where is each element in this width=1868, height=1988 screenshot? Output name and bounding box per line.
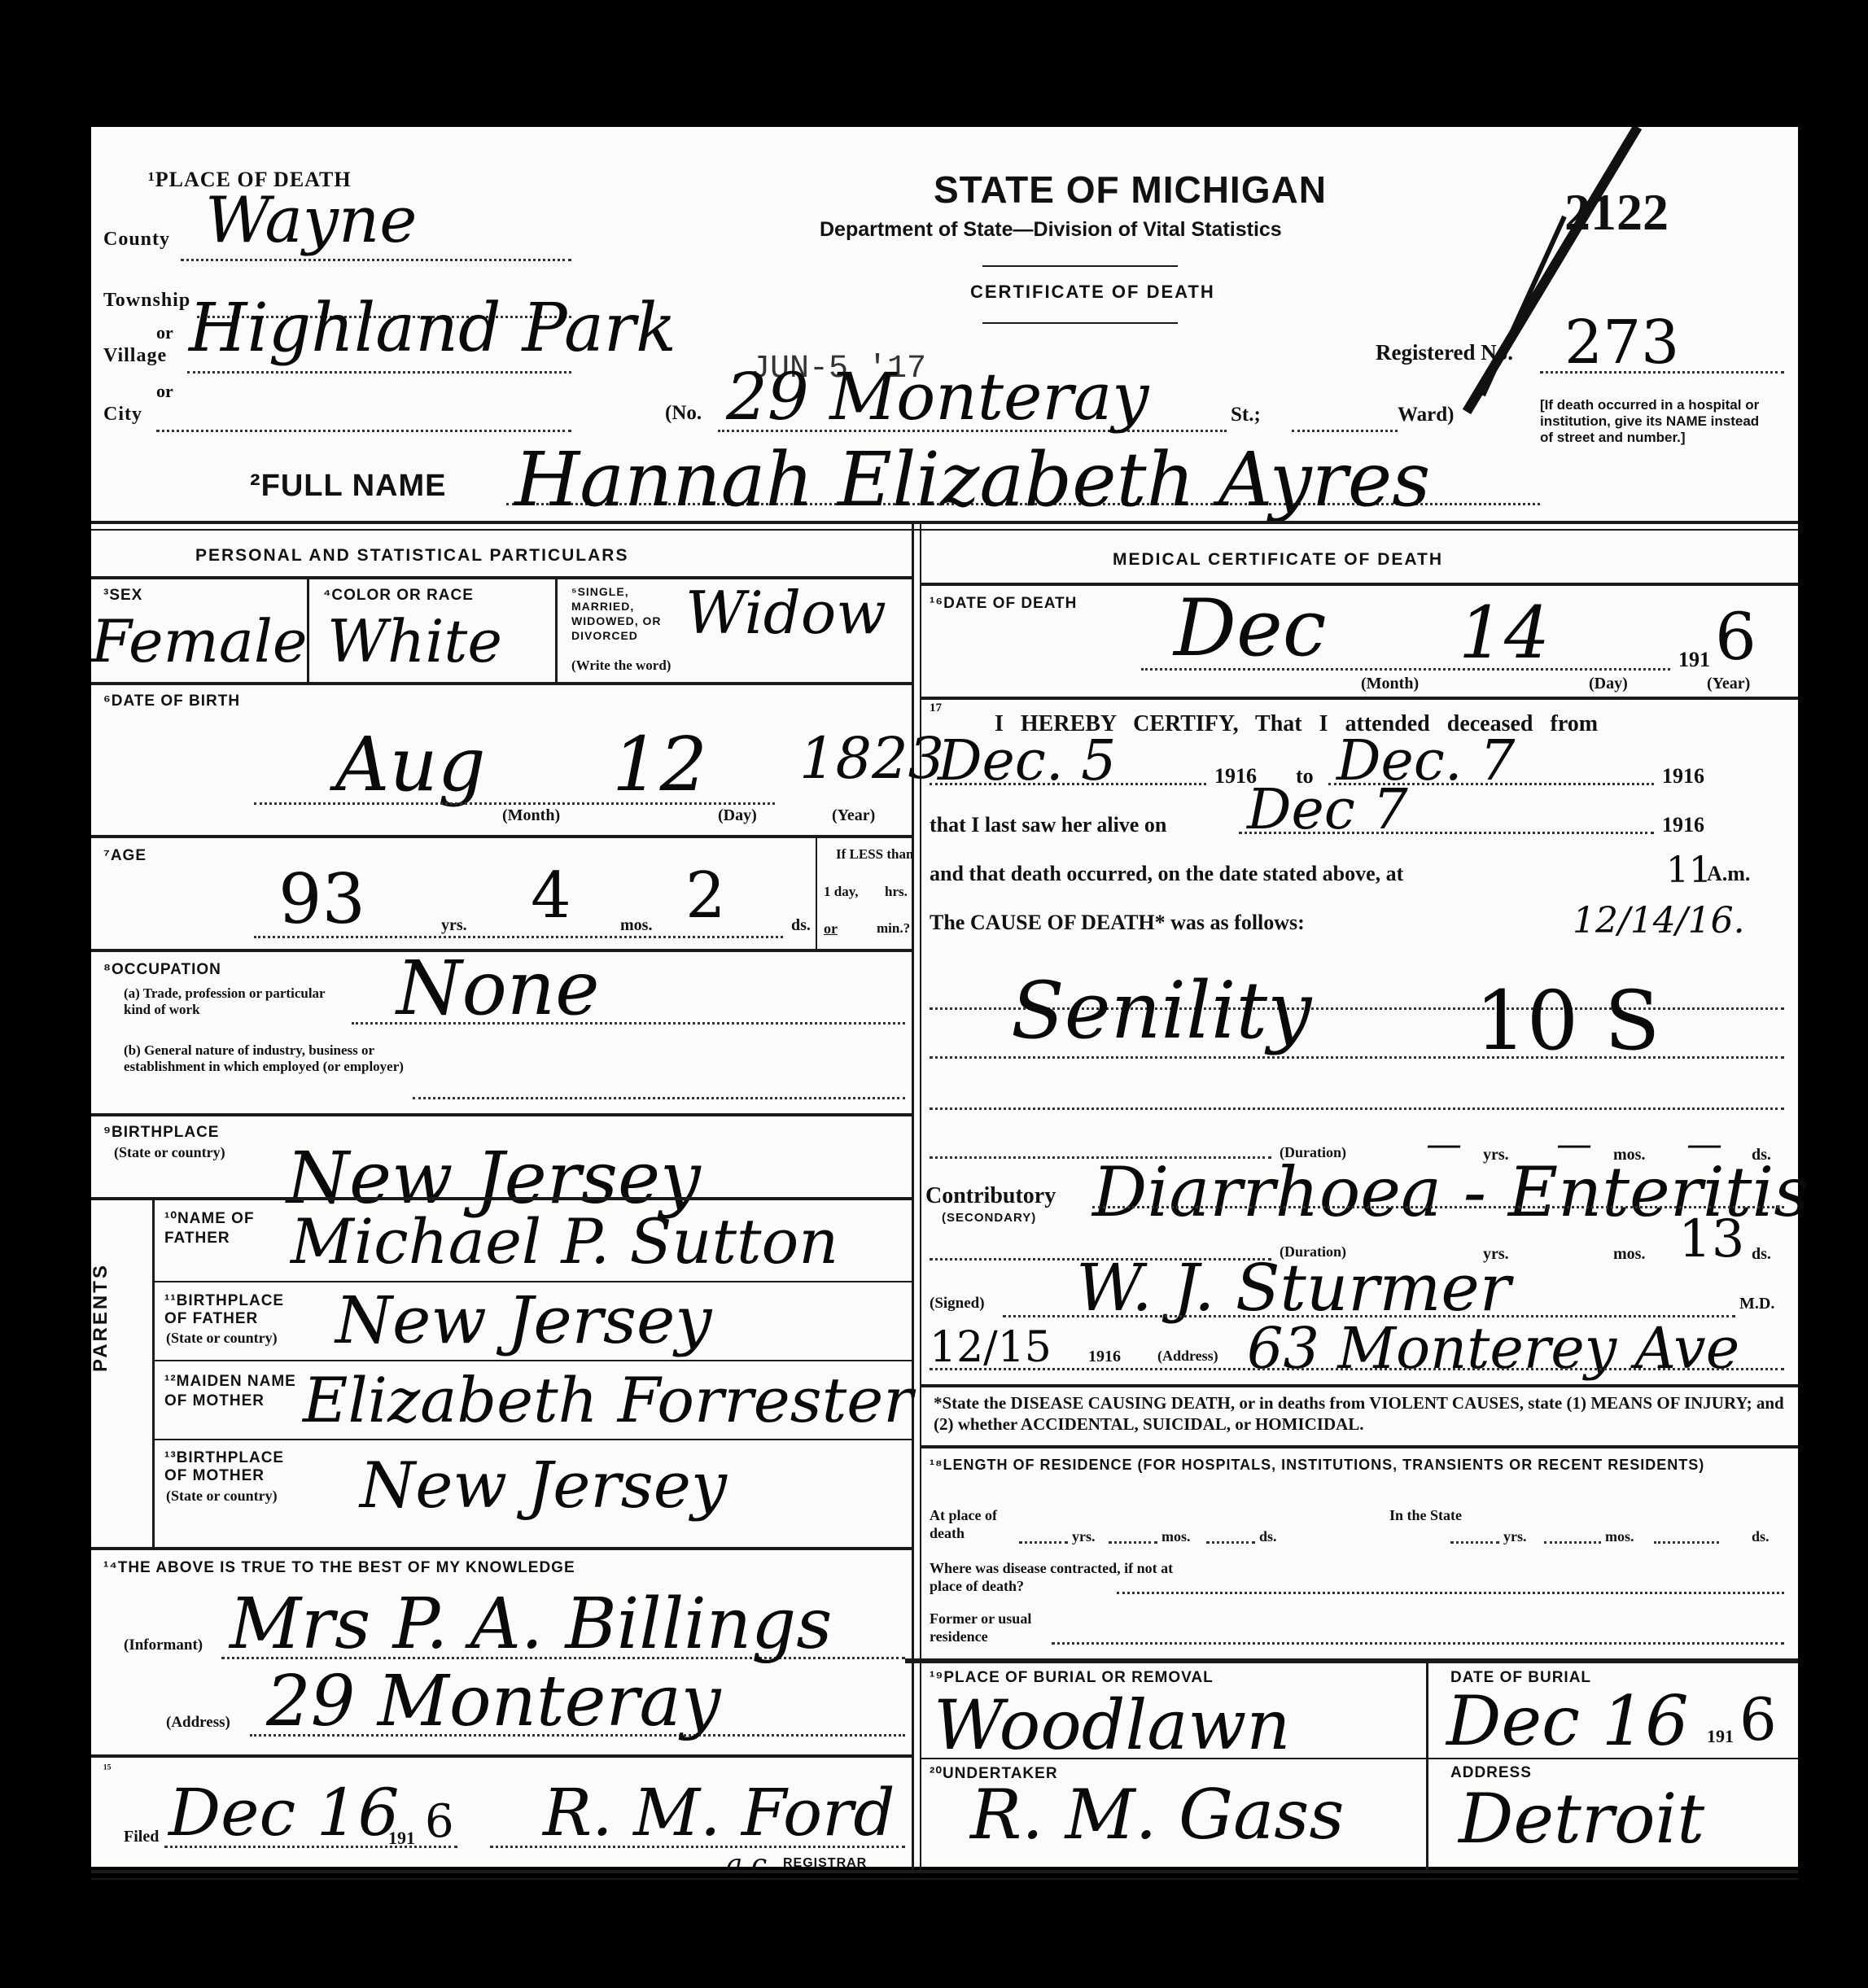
dob-day-caption: (Day) xyxy=(718,806,757,825)
burial-divider xyxy=(1426,1658,1428,1870)
undertaker-value: R. M. Gass xyxy=(970,1775,1344,1855)
dob-month: Aug xyxy=(335,721,486,808)
less-than-label: If LESS than xyxy=(836,846,913,863)
contributory-mos-label: mos. xyxy=(1613,1245,1645,1264)
contracted-label: Where was disease contracted, if not at … xyxy=(930,1559,1198,1595)
informant-label: (Informant) xyxy=(124,1636,203,1654)
hospital-note: [If death occurred in a hospital or inst… xyxy=(1540,397,1760,446)
dod-line xyxy=(1141,668,1670,671)
age-days: 2 xyxy=(685,859,726,933)
registrar-initials: a.c. xyxy=(726,1848,776,1881)
father-name-value: Michael P. Sutton xyxy=(291,1205,838,1278)
at-place-ds-label: ds. xyxy=(1259,1528,1277,1545)
age-ds-label: ds. xyxy=(791,916,811,935)
signed-label: (Signed) xyxy=(930,1295,985,1313)
at-place-ds-line xyxy=(1206,1541,1255,1544)
sex-value: Female xyxy=(91,607,307,675)
burial-year-suffix: 6 xyxy=(1739,1685,1777,1754)
ward-line xyxy=(1292,430,1398,432)
in-state-label: In the State xyxy=(1389,1506,1463,1524)
certificate-title: CERTIFICATE OF DEATH xyxy=(970,282,1215,303)
city-line xyxy=(156,430,571,432)
age-mos-label: mos. xyxy=(620,916,652,935)
parents-label: PARENTS xyxy=(90,1263,112,1372)
or-text-1: or xyxy=(156,322,173,343)
mother-birthplace-sublabel: (State or country) xyxy=(166,1488,278,1505)
bottom-rule-2 xyxy=(91,1878,1798,1880)
city-label: City xyxy=(103,404,142,426)
cause-line-3 xyxy=(930,1108,1784,1110)
contributory-duration-ds: 13 xyxy=(1678,1209,1744,1269)
mother-birthplace-label: ¹³BIRTHPLACE OF MOTHER xyxy=(164,1449,311,1485)
burial-year-prefix: 191 xyxy=(1707,1726,1734,1747)
marital-label: ⁵SINGLE, MARRIED, WIDOWED, OR DIVORCED xyxy=(571,584,685,643)
dob-year-caption: (Year) xyxy=(832,806,875,825)
father-birthplace-label: ¹¹BIRTHPLACE OF FATHER xyxy=(164,1292,311,1328)
at-place-mos-line xyxy=(1109,1541,1157,1544)
medical-section-title: MEDICAL CERTIFICATE OF DEATH xyxy=(1113,550,1443,570)
dob-line xyxy=(254,802,775,805)
age-label: ⁷AGE xyxy=(103,847,147,865)
informant-value: Mrs P. A. Billings xyxy=(230,1584,832,1665)
mother-name-value: Elizabeth Forrester xyxy=(303,1364,913,1436)
marital-value: Widow xyxy=(685,579,886,647)
bottom-rule xyxy=(91,1870,1798,1873)
at-place-label: At place of death xyxy=(930,1506,1035,1542)
last-saw-line xyxy=(1239,832,1654,834)
dod-year-caption: (Year) xyxy=(1707,675,1750,693)
attended-to-year: 1916 xyxy=(1662,764,1704,789)
last-saw-text: that I last saw her alive on xyxy=(930,813,1166,837)
contributory-ds-label: ds. xyxy=(1752,1245,1771,1264)
st-label: St.; xyxy=(1231,404,1261,426)
dob-rule xyxy=(91,835,912,838)
dod-day-caption: (Day) xyxy=(1589,675,1628,693)
race-marital-divider xyxy=(555,576,558,682)
signed-date: 12/15 xyxy=(930,1323,1052,1372)
column-divider-2 xyxy=(920,521,921,1872)
sex-race-divider xyxy=(307,576,309,682)
medical-rule xyxy=(921,583,1798,586)
occupation-a-label: (a) Trade, profession or particular kind… xyxy=(124,985,343,1018)
registered-no-value: 273 xyxy=(1564,308,1679,378)
occurred-text: and that death occurred, on the date sta… xyxy=(930,862,1403,886)
residence-label: ¹⁸LENGTH OF RESIDENCE (FOR HOSPITALS, IN… xyxy=(930,1455,1784,1475)
full-name-value: Hannah Elizabeth Ayres xyxy=(514,436,1430,523)
mother-name-label: ¹²MAIDEN NAME OF MOTHER xyxy=(164,1372,311,1411)
village-value: Highland Park xyxy=(189,290,676,367)
dob-year: 1823 xyxy=(799,725,944,792)
former-residence-line xyxy=(1052,1642,1784,1645)
mother-birthplace-value: New Jersey xyxy=(360,1449,727,1523)
registered-no-label: Registered No. xyxy=(1376,340,1513,365)
filed-num: ¹⁵ xyxy=(103,1763,112,1777)
at-place-yrs-label: yrs. xyxy=(1072,1528,1096,1545)
street-value: 29 Monteray xyxy=(726,359,1148,435)
parents-rule xyxy=(91,1547,912,1550)
dob-day: 12 xyxy=(612,721,707,808)
contracted-line xyxy=(1117,1592,1784,1594)
in-state-mos-label: mos. xyxy=(1605,1528,1634,1545)
marital-note: (Write the word) xyxy=(571,658,671,674)
race-value: White xyxy=(327,607,502,675)
informant-address-label: (Address) xyxy=(166,1714,230,1732)
dod-month-caption: (Month) xyxy=(1361,675,1419,693)
dob-month-caption: (Month) xyxy=(502,806,560,825)
burial-rule xyxy=(921,1758,1798,1759)
dod-day: 14 xyxy=(1459,591,1550,675)
in-state-yrs-line xyxy=(1450,1541,1499,1544)
age-yrs-label: yrs. xyxy=(441,916,467,935)
sex-label: ³SEX xyxy=(103,587,142,605)
death-time: 11 xyxy=(1666,850,1712,891)
dod-year-suffix: 6 xyxy=(1715,599,1756,675)
secondary-label: (SECONDARY) xyxy=(942,1211,1036,1225)
signed-rule xyxy=(921,1384,1798,1387)
physician-address-label: (Address) xyxy=(1157,1348,1218,1365)
contributory-label: Contributory xyxy=(925,1183,1056,1209)
dod-label: ¹⁶DATE OF DEATH xyxy=(930,595,1077,613)
cause-date: 12/14/16. xyxy=(1573,900,1745,942)
residence-rule xyxy=(905,1658,1798,1663)
birthplace-rule xyxy=(91,1197,912,1200)
md-label: M.D. xyxy=(1739,1295,1774,1313)
attended-from-line xyxy=(930,783,1206,785)
county-value: Wayne xyxy=(205,184,417,257)
title-rule-top xyxy=(982,265,1178,267)
full-name-label: ²FULL NAME xyxy=(250,469,447,504)
footnote-rule xyxy=(921,1445,1798,1448)
registrar-line xyxy=(490,1846,905,1848)
one-day-label: 1 day, xyxy=(824,884,859,900)
department-subtitle: Department of State—Division of Vital St… xyxy=(820,218,1282,242)
informant-rule xyxy=(91,1754,912,1758)
race-label: ⁴COLOR OR RACE xyxy=(323,587,474,605)
filed-label: Filed xyxy=(124,1828,159,1846)
cause-text: The CAUSE OF DEATH* was as follows: xyxy=(930,911,1305,935)
county-label: County xyxy=(103,229,170,251)
occupation-a-line xyxy=(352,1022,905,1025)
father-birthplace-sublabel: (State or country) xyxy=(166,1330,278,1347)
or-label: or xyxy=(824,920,838,937)
signed-year: 1916 xyxy=(1088,1348,1121,1366)
occupation-a-value: None xyxy=(396,945,600,1032)
filed-date: Dec 16 xyxy=(168,1775,400,1850)
physician-address: 63 Monterey Ave xyxy=(1247,1315,1739,1382)
county-line xyxy=(181,259,571,261)
age-line xyxy=(254,936,783,938)
age-months: 4 xyxy=(531,859,571,933)
registrar-signature: R. M. Ford xyxy=(543,1775,895,1850)
death-time-suffix: A.m. xyxy=(1707,862,1750,886)
dod-year-prefix: 191 xyxy=(1678,648,1710,672)
state-title: STATE OF MICHIGAN xyxy=(934,168,1327,212)
physician-address-line xyxy=(930,1368,1784,1370)
dob-label: ⁶DATE OF BIRTH xyxy=(103,693,240,710)
filed-date-line xyxy=(164,1846,457,1848)
personal-section-title: PERSONAL AND STATISTICAL PARTICULARS xyxy=(195,546,628,566)
township-label: Township xyxy=(103,290,190,312)
informant-address-value: 29 Monteray xyxy=(266,1661,720,1742)
dod-month: Dec xyxy=(1174,583,1327,674)
occupation-label: ⁸OCCUPATION xyxy=(103,961,221,979)
column-divider xyxy=(912,521,914,1872)
occupation-b-label: (b) General nature of industry, business… xyxy=(124,1042,425,1075)
birthplace-label: ⁹BIRTHPLACE xyxy=(103,1124,219,1142)
in-state-mos-line xyxy=(1544,1541,1601,1544)
at-place-yrs-line xyxy=(1019,1541,1068,1544)
at-place-mos-label: mos. xyxy=(1161,1528,1191,1545)
cause-line-2 xyxy=(930,1056,1784,1059)
burial-date-value: Dec 16 xyxy=(1446,1681,1689,1761)
former-residence-label: Former or usual residence xyxy=(930,1610,1060,1645)
occupation-rule xyxy=(91,1113,912,1116)
undertaker-address-value: Detroit xyxy=(1459,1779,1704,1859)
father-birthplace-value: New Jersey xyxy=(335,1282,712,1358)
min-label: min.? xyxy=(877,920,910,937)
filed-year-suffix: 6 xyxy=(425,1795,454,1848)
burial-place-label: ¹⁹PLACE OF BURIAL OR REMOVAL xyxy=(930,1669,1214,1687)
father-birthplace-rule xyxy=(152,1360,912,1361)
age-years: 93 xyxy=(278,859,365,939)
occupation-b-line xyxy=(413,1097,905,1099)
village-label: Village xyxy=(103,345,167,367)
dod-rule xyxy=(921,697,1798,700)
in-state-ds-label: ds. xyxy=(1752,1528,1770,1545)
item-17-number: 17 xyxy=(930,701,942,715)
title-rule-bottom xyxy=(982,322,1178,324)
parents-divider xyxy=(152,1197,155,1547)
hrs-label: hrs. xyxy=(885,884,908,900)
header-divider-2 xyxy=(91,529,1798,531)
contributory-line xyxy=(1092,1206,1784,1208)
in-state-ds-line xyxy=(1654,1541,1719,1544)
in-state-yrs-label: yrs. xyxy=(1503,1528,1527,1545)
death-certificate: ¹PLACE OF DEATH County Wayne Township or… xyxy=(91,127,1798,1867)
cause-code: 10 S xyxy=(1475,973,1660,1068)
cause-value: Senility xyxy=(1011,965,1311,1056)
registrar-label: REGISTRAR xyxy=(783,1856,867,1871)
last-saw-year: 1916 xyxy=(1662,813,1704,837)
informant-section-label: ¹⁴THE ABOVE IS TRUE TO THE BEST OF MY KN… xyxy=(103,1559,575,1577)
or-text-2: or xyxy=(156,381,173,402)
cause-footnote: *State the DISEASE CAUSING DEATH, or in … xyxy=(934,1392,1788,1435)
sex-row-rule xyxy=(91,682,912,685)
street-no-label: (No. xyxy=(665,402,702,425)
village-line xyxy=(187,371,571,374)
header-divider xyxy=(91,521,1798,524)
burial-place-value: Woodlawn xyxy=(934,1685,1291,1765)
father-name-label: ¹⁰NAME OF FATHER xyxy=(164,1209,278,1248)
age-divider xyxy=(816,835,817,949)
ward-label: Ward) xyxy=(1398,404,1454,426)
mother-name-rule xyxy=(152,1439,912,1440)
birthplace-sublabel: (State or country) xyxy=(114,1144,225,1161)
